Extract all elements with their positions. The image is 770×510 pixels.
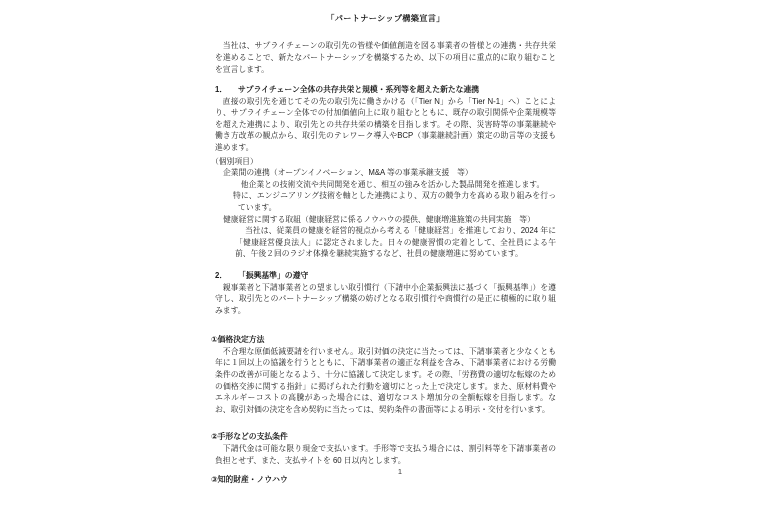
document-title: 「パートナーシップ構築宣言」 [215, 13, 556, 25]
page-number: 1 [0, 467, 770, 476]
item-health-management-body: 当社は、従業員の健康を経営的視点から考える「健康経営」を推進しており、2024 … [235, 225, 556, 260]
section-2-number: 2． [215, 270, 238, 282]
declaration-page: 「パートナーシップ構築宣言」 当社は、サプライチェーンの取引先の皆様や価値創造を… [215, 13, 556, 486]
section-1-body: 直接の取引先を通じてその先の取引先に働きかける（「Tier N」から「Tier … [215, 96, 556, 154]
section-1-number: 1． [215, 84, 238, 96]
item-health-management-title: 健康経営に関する取組（健康経営に係るノウハウの提供、健康増進施策の共同実施 等） [223, 214, 556, 226]
section-2-heading: 2． 「振興基準」の遵守 [215, 270, 556, 282]
item-business-alliance-body-1: 他企業との技術交流や共同開発を通じ、相互の強みを活かした製品開発を推進します。 [233, 179, 556, 191]
section-2-body: 親事業者と下請事業者との望ましい取引慣行（下請中小企業振興法に基づく「振興基準」… [215, 282, 556, 317]
intro-paragraph: 当社は、サプライチェーンの取引先の皆様や価値創造を図る事業者の皆様との連携・共存… [215, 40, 556, 76]
subsection-pricing-body: 不合理な原価低減要請を行いません。取引対価の決定に当たっては、下請事業者と少なく… [215, 346, 556, 416]
individual-items-label: （個別項目） [211, 156, 556, 168]
section-1-title: サプライチェーン全体の共存共栄と規模・系列等を超えた新たな連携 [238, 84, 556, 96]
item-business-alliance-body-2: 特に、エンジニアリング技術を軸とした連携により、双方の競争力を高める取り組みを行… [238, 190, 556, 213]
subsection-payment-body: 下請代金は可能な限り現金で支払います。手形等で支払う場合には、割引料等を下請事業… [215, 443, 556, 466]
item-business-alliance-title: 企業間の連携（オープンイノベーション、M&A 等の事業承継支援 等） [223, 167, 556, 179]
section-1-heading: 1． サプライチェーン全体の共存共栄と規模・系列等を超えた新たな連携 [215, 84, 556, 96]
subsection-payment-heading: ②手形などの支払条件 [211, 431, 556, 443]
subsection-pricing-heading: ①価格決定方法 [211, 334, 556, 346]
document-canvas: 「パートナーシップ構築宣言」 当社は、サプライチェーンの取引先の皆様や価値創造を… [0, 0, 770, 510]
section-2-title: 「振興基準」の遵守 [238, 270, 556, 282]
